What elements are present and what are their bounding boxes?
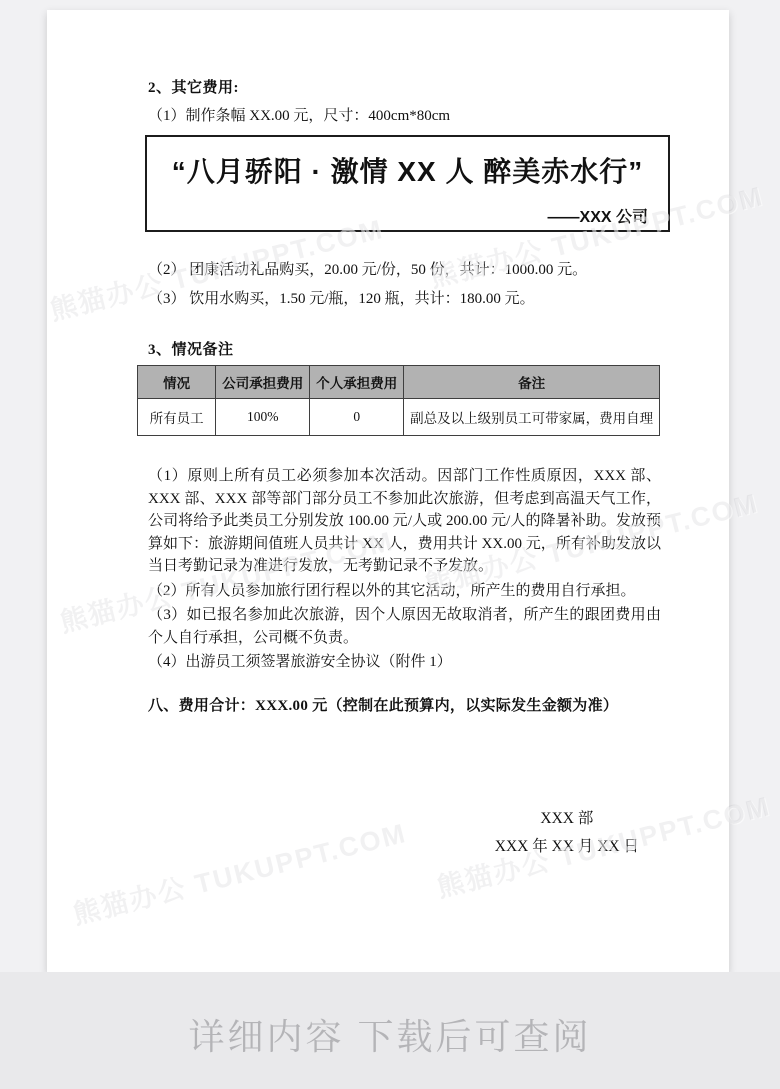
banner-spec-line: （1）制作条幅 XX.00 元，尺寸：400cm*80cm [148,105,661,128]
remark-note-3: （3）如已报名参加此次旅游，因个人原因无故取消者，所产生的跟团费用由个人自行承担… [148,604,661,649]
document-page: 2、其它费用: （1）制作条幅 XX.00 元，尺寸：400cm*80cm “八… [47,10,729,972]
remarks-heading: 3、情况备注 [148,338,661,359]
water-purchase-line: （3） 饮用水购买，1.50 元/瓶，120 瓶，共计：180.00 元。 [148,288,661,311]
banner-title: “八月骄阳 · 激情 XX 人 醉美赤水行” [147,150,668,190]
remarks-table-body: 所有员工 100% 0 副总及以上级别员工可带家属，费用自理 [138,399,660,436]
signoff-department: XXX 部 [495,805,639,833]
remark-note-2: （2）所有人员参加旅行团行程以外的其它活动，所产生的费用自行承担。 [148,580,661,603]
col-remark: 备注 [404,366,660,399]
cell-personal-cost: 0 [310,399,404,436]
table-row: 所有员工 100% 0 副总及以上级别员工可带家属，费用自理 [138,399,660,436]
cell-company-cost: 100% [216,399,310,436]
other-fees-heading: 2、其它费用: [148,76,661,97]
banner-box: “八月骄阳 · 激情 XX 人 醉美赤水行” ——XXX 公司 [145,135,670,232]
remarks-notes: （1）原则上所有员工必须参加本次活动。因部门工作性质原因，XXX 部、XXX 部… [148,465,661,674]
remarks-table-header: 情况 公司承担费用 个人承担费用 备注 [138,366,660,399]
preview-canvas: 2、其它费用: （1）制作条幅 XX.00 元，尺寸：400cm*80cm “八… [0,0,780,1089]
signoff-date: XXX 年 XX 月 XX 日 [495,833,639,861]
signoff-block: XXX 部 XXX 年 XX 月 XX 日 [495,805,639,861]
col-situation: 情况 [138,366,216,399]
cell-situation: 所有员工 [138,399,216,436]
col-company-cost: 公司承担费用 [216,366,310,399]
download-notice: 详细内容 下载后可查阅 [188,1009,591,1060]
gift-purchase-line: （2） 团康活动礼品购买，20.00 元/份，50 份，共计：1000.00 元… [148,259,661,282]
table-header-row: 情况 公司承担费用 个人承担费用 备注 [138,366,660,399]
col-personal-cost: 个人承担费用 [310,366,404,399]
banner-company-signature: ——XXX 公司 [147,204,668,227]
remark-note-1: （1）原则上所有员工必须参加本次活动。因部门工作性质原因，XXX 部、XXX 部… [148,465,661,578]
remark-note-4: （4）出游员工须签署旅游安全协议（附件 1） [148,651,661,674]
cell-remark: 副总及以上级别员工可带家属，费用自理 [404,399,660,436]
footer-band: 详细内容 下载后可查阅 [0,972,780,1089]
remarks-table: 情况 公司承担费用 个人承担费用 备注 所有员工 100% 0 副总及以上级别员… [137,365,660,436]
document-content: 2、其它费用: （1）制作条幅 XX.00 元，尺寸：400cm*80cm “八… [47,10,729,861]
total-cost-line: 八、费用合计：XXX.00 元（控制在此预算内，以实际发生金额为准） [148,694,661,715]
